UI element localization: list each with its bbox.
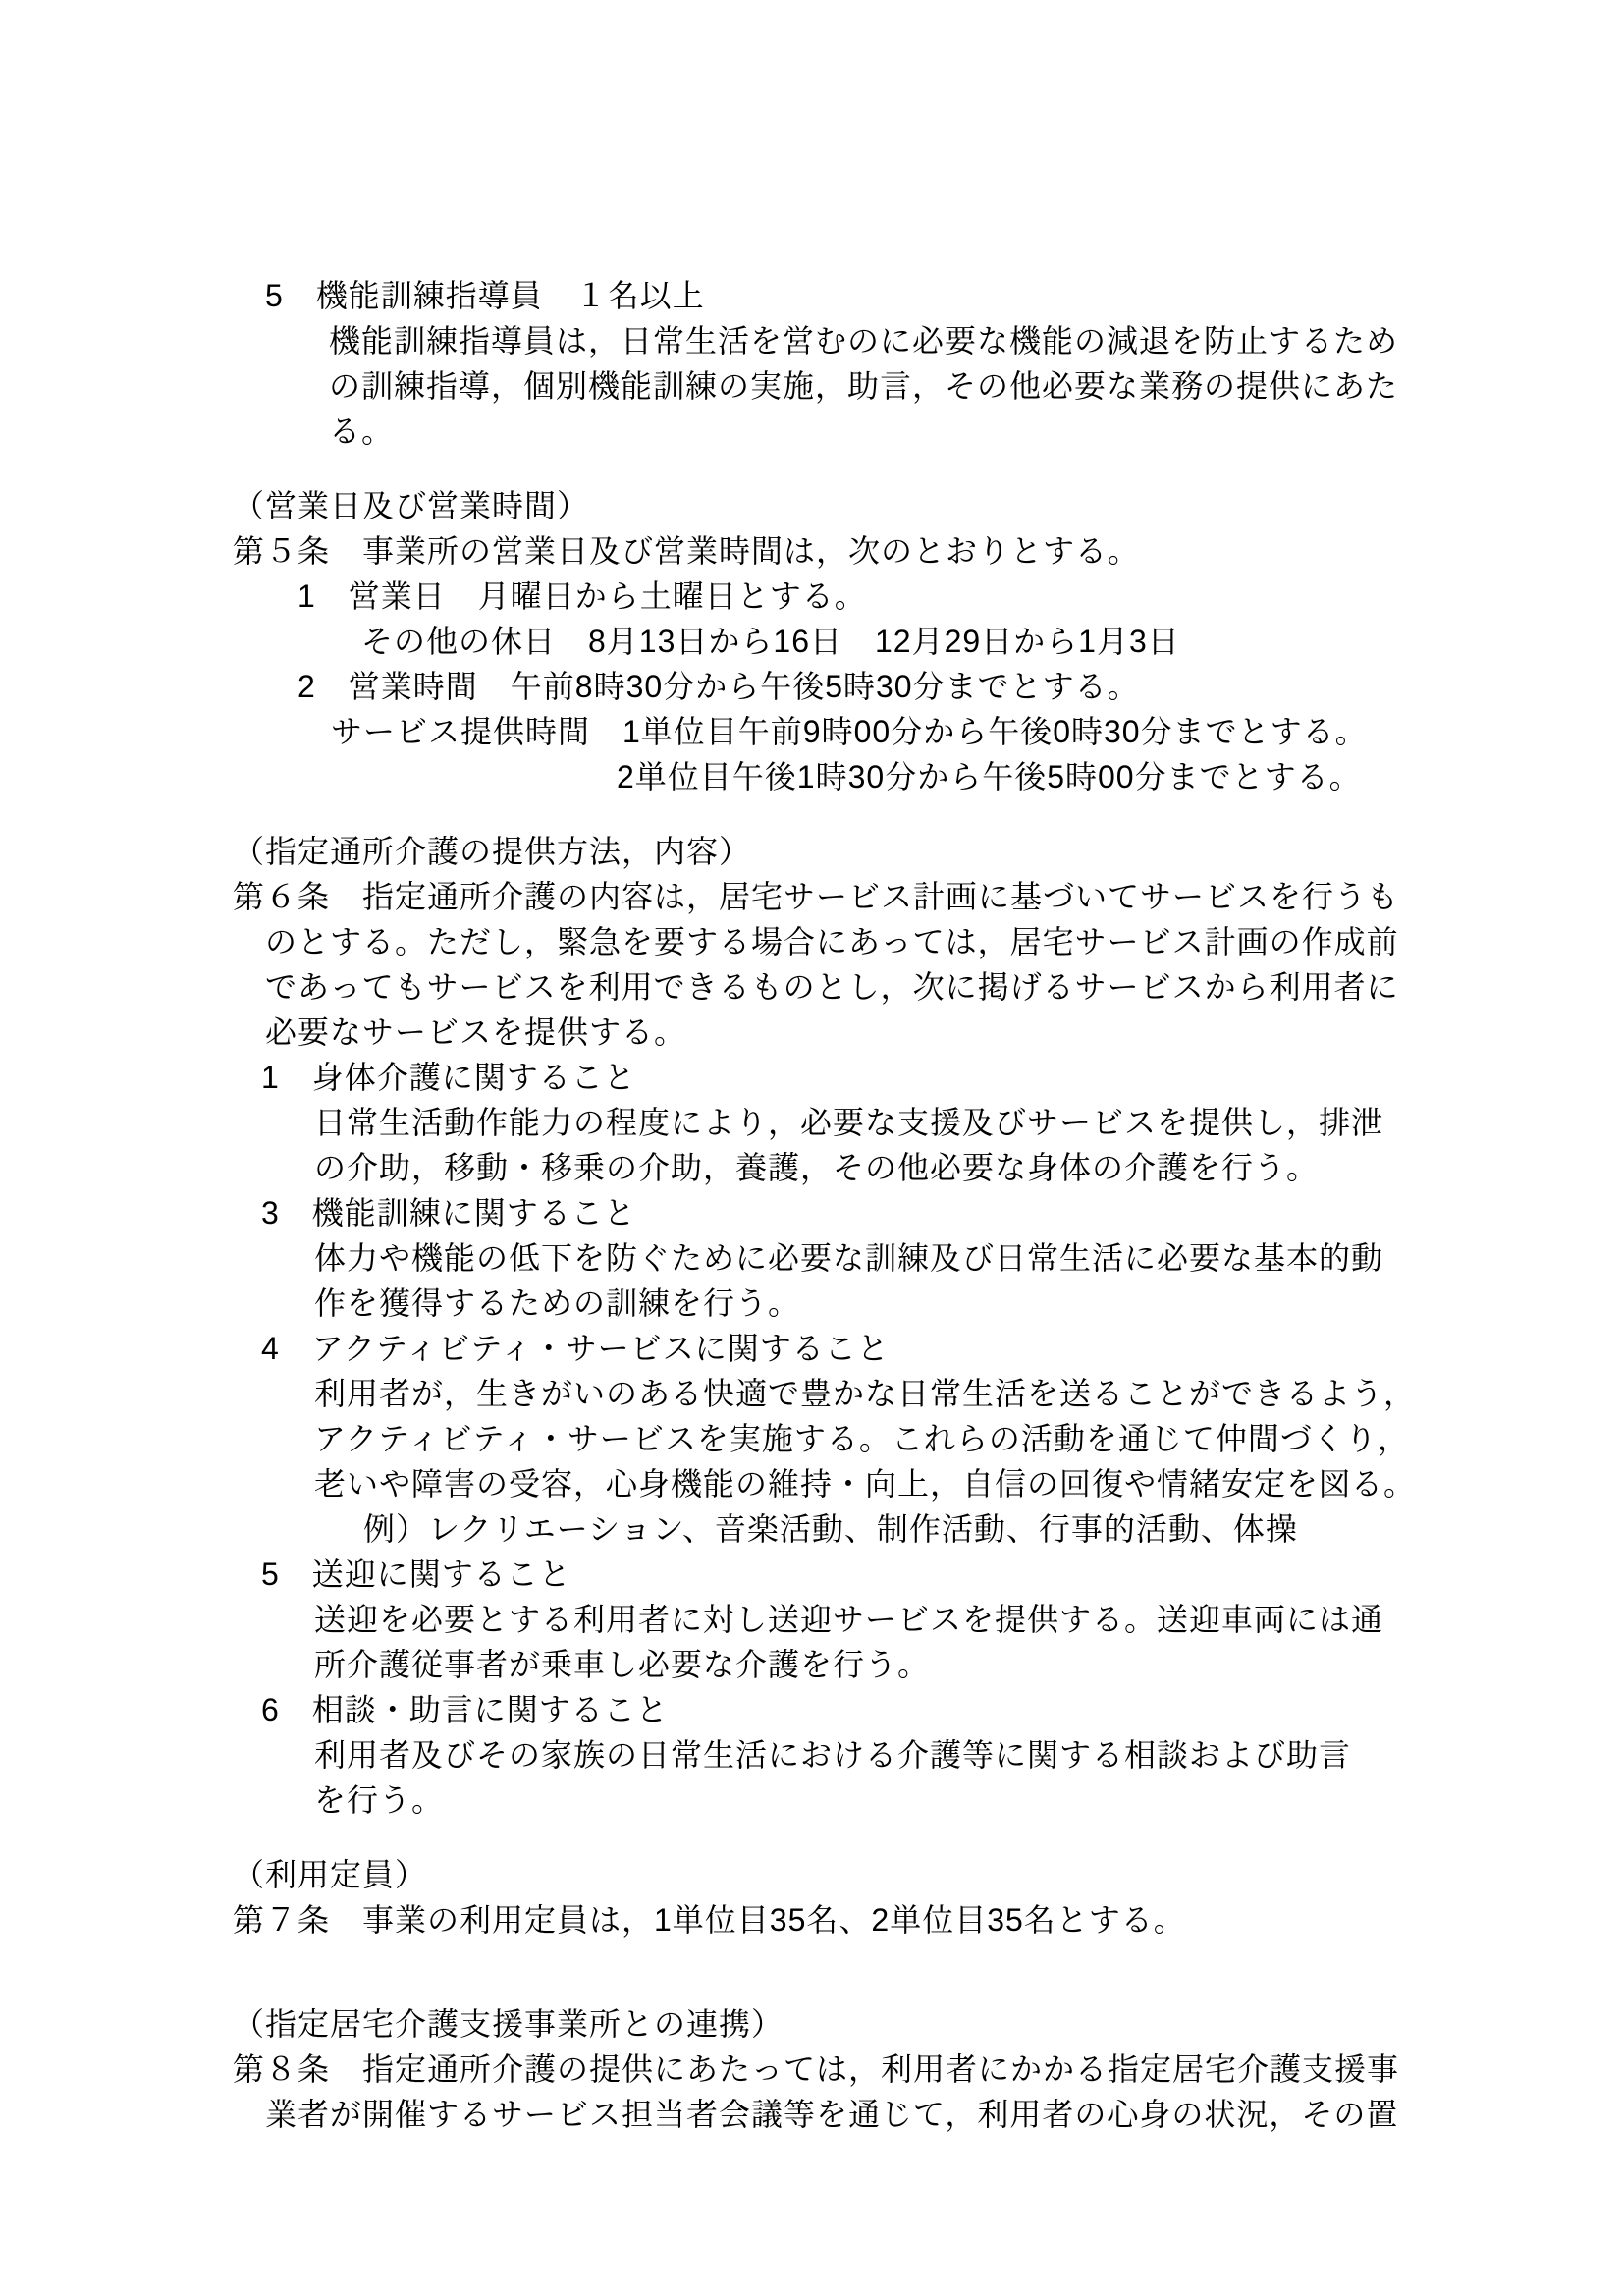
section-gap	[0, 1942, 1623, 2001]
article-6-item-desc-line: の介助，移動・移乗の介助，養護，その他必要な身体の介護を行う。	[0, 1145, 1623, 1190]
article-6-item-desc-line: 老いや障害の受容，心身機能の維持・向上，自信の回復や情緒安定を図る。	[0, 1461, 1623, 1506]
staff-item-desc-line: 機能訓練指導員は，日常生活を営むのに必要な機能の減退を防止するため	[0, 318, 1623, 363]
article-6-item-physical-care: 1 身体介護に関すること	[0, 1055, 1623, 1100]
article-6-heading-line: 第６条 指定通所介護の内容は，居宅サービス計画に基づいてサービスを行うも	[0, 874, 1623, 919]
article-6-item-desc-line: 体力や機能の低下を防ぐために必要な訓練及び日常生活に必要な基本的動	[0, 1235, 1623, 1281]
article-5-service-hours-line: サービス提供時間 1単位目午前9時00分から午後0時30分までとする。	[0, 709, 1623, 754]
staff-item-desc-line: の訓練指導，個別機能訓練の実施，助言，その他必要な業務の提供にあた	[0, 363, 1623, 409]
article-6-item-consultation-advice: 6 相談・助言に関すること	[0, 1687, 1623, 1732]
staff-item-desc-line: る。	[0, 409, 1623, 454]
article-6-body-line: 必要なサービスを提供する。	[0, 1010, 1623, 1055]
document-body: 5 機能訓練指導員 １名以上 機能訓練指導員は，日常生活を営むのに必要な機能の減…	[0, 0, 1623, 2137]
section-gap	[0, 1823, 1623, 1852]
article-6-item-functional-training: 3 機能訓練に関すること	[0, 1190, 1623, 1235]
article-5-heading-line: 第５条 事業所の営業日及び営業時間は，次のとおりとする。	[0, 528, 1623, 574]
article-6-body-line: であってもサービスを利用できるものとし，次に掲げるサービスから利用者に	[0, 964, 1623, 1010]
article-6-item-desc-line: アクティビティ・サービスを実施する。これらの活動を通じて仲間づくり，	[0, 1416, 1623, 1461]
staff-item-functional-trainer: 5 機能訓練指導員 １名以上	[0, 273, 1623, 318]
article-5-item-business-days: 1 営業日 月曜日から土曜日とする。	[0, 574, 1623, 619]
article-5-item-business-hours: 2 営業時間 午前8時30分から午後5時30分までとする。	[0, 664, 1623, 709]
article-6-item-desc-line: 利用者及びその家族の日常生活における介護等に関する相談および助言	[0, 1732, 1623, 1777]
article-6-item-transport: 5 送迎に関すること	[0, 1552, 1623, 1597]
article-7-heading-line: 第７条 事業の利用定員は，1単位目35名、2単位目35名とする。	[0, 1897, 1623, 1942]
article-6-item-desc-line: 送迎を必要とする利用者に対し送迎サービスを提供する。送迎車両には通	[0, 1597, 1623, 1642]
article-5-other-holidays-line: その他の休日 8月13日から16日 12月29日から1月3日	[0, 619, 1623, 664]
article-6-item-activity-service: 4 アクティビティ・サービスに関すること	[0, 1326, 1623, 1371]
section-gap	[0, 799, 1623, 829]
section-heading-service-method-content: （指定通所介護の提供方法，内容）	[0, 829, 1623, 874]
article-6-item-desc-line: 日常生活動作能力の程度により，必要な支援及びサービスを提供し，排泄	[0, 1100, 1623, 1145]
section-heading-capacity: （利用定員）	[0, 1852, 1623, 1897]
section-gap	[0, 454, 1623, 483]
article-8-heading-line: 第８条 指定通所介護の提供にあたっては，利用者にかかる指定居宅介護支援事	[0, 2047, 1623, 2092]
section-heading-care-support-cooperation: （指定居宅介護支援事業所との連携）	[0, 2001, 1623, 2047]
section-heading-business-days-hours: （営業日及び営業時間）	[0, 483, 1623, 528]
article-6-item-desc-line: 作を獲得するための訓練を行う。	[0, 1281, 1623, 1326]
article-8-body-line: 業者が開催するサービス担当者会議等を通じて，利用者の心身の状況，その置	[0, 2092, 1623, 2137]
article-6-item-desc-line: を行う。	[0, 1777, 1623, 1823]
article-6-activity-example-line: 例）レクリエーション、音楽活動、制作活動、行事的活動、体操	[0, 1506, 1623, 1552]
article-6-body-line: のとする。ただし，緊急を要する場合にあっては，居宅サービス計画の作成前	[0, 919, 1623, 964]
article-6-item-desc-line: 所介護従事者が乗車し必要な介護を行う。	[0, 1642, 1623, 1687]
article-5-service-hours-line-2: 2単位目午後1時30分から午後5時00分までとする。	[0, 754, 1623, 799]
article-6-item-desc-line: 利用者が，生きがいのある快適で豊かな日常生活を送ることができるよう，	[0, 1371, 1623, 1416]
document-page: 5 機能訓練指導員 １名以上 機能訓練指導員は，日常生活を営むのに必要な機能の減…	[0, 0, 1623, 2296]
